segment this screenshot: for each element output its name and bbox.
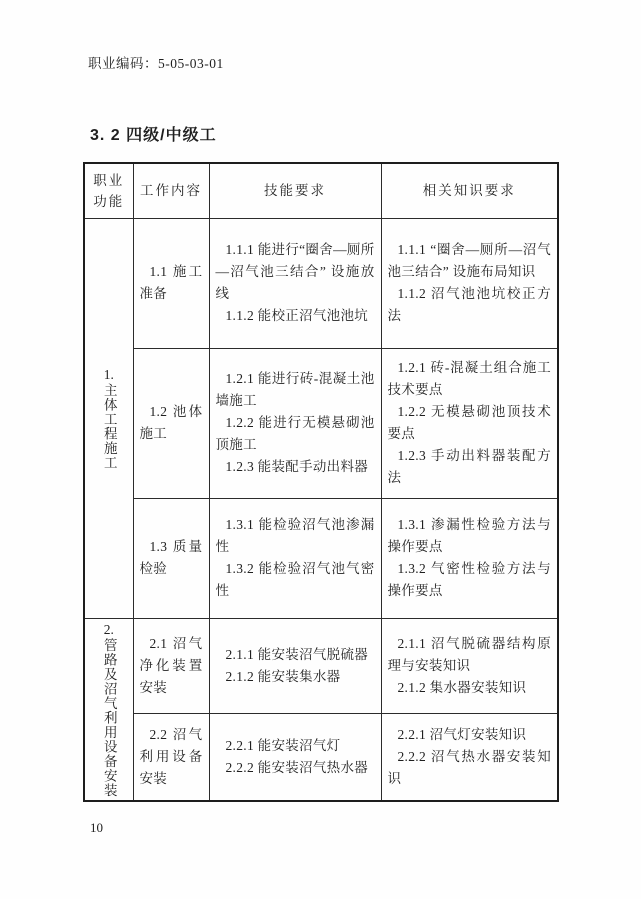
knowledge-item: 1.3.1 渗漏性检验方法与操作要点 [388,514,552,558]
skills-cell: 1.3.1 能检验沼气池渗漏性 1.3.2 能检验沼气池气密性 [209,498,381,618]
work-content: 1.1 施工准备 [140,261,203,305]
col-header-skill: 技能要求 [209,163,381,218]
skills-cell: 1.2.1 能进行砖-混凝土池墙施工 1.2.2 能进行无模悬砌池顶施工 1.2… [209,348,381,498]
skills-cell: 1.1.1 能进行“圈舍—厕所—沼气池三结合” 设施放线 1.1.2 能校正沼气… [209,218,381,348]
work-content: 1.2 池体施工 [140,401,203,445]
table-row: 1.2 池体施工 1.2.1 能进行砖-混凝土池墙施工 1.2.2 能进行无模悬… [84,348,558,498]
knowledge-item: 2.1.2 集水器安装知识 [388,677,552,699]
knowledge-cell: 2.1.1 沼气脱硫器结构原理与安装知识 2.1.2 集水器安装知识 [381,618,558,713]
knowledge-item: 2.2.2 沼气热水器安装知识 [388,746,552,790]
function-number: 2. [104,622,114,637]
table-row: 2. 管路及沼气利用设备安装 2.1 沼气净化装置安装 2.1.1 能安装沼气脱… [84,618,558,713]
table-row: 1. 主体工程施工 1.1 施工准备 1.1.1 能进行“圈舍—厕所—沼气池三结… [84,218,558,348]
work-content: 2.1 沼气净化装置安装 [140,633,203,699]
work-content: 1.3 质量检验 [140,536,203,580]
skill-item: 1.3.1 能检验沼气池渗漏性 [216,514,375,558]
skill-item: 1.2.1 能进行砖-混凝土池墙施工 [216,368,375,412]
skill-item: 2.1.1 能安装沼气脱硫器 [216,644,375,666]
skill-item: 1.3.2 能检验沼气池气密性 [216,558,375,602]
skill-item: 1.1.2 能校正沼气池池坑 [216,305,375,327]
section-title: 3. 2 四级/中级工 [90,122,217,145]
knowledge-item: 1.2.2 无模悬砌池顶技术要点 [388,401,552,445]
work-content-cell: 1.3 质量检验 [133,498,209,618]
page-number: 10 [90,820,103,836]
skill-item: 2.2.1 能安装沼气灯 [216,735,375,757]
knowledge-item: 2.2.1 沼气灯安装知识 [388,724,552,746]
function-text: 1. 主体工程施工 [87,367,131,470]
table-row: 1.3 质量检验 1.3.1 能检验沼气池渗漏性 1.3.2 能检验沼气池气密性… [84,498,558,618]
knowledge-cell: 1.2.1 砖-混凝土组合施工技术要点 1.2.2 无模悬砌池顶技术要点 1.2… [381,348,558,498]
table-row: 2.2 沼气利用设备安装 2.2.1 能安装沼气灯 2.2.2 能安装沼气热水器… [84,713,558,801]
table-header-row: 职业功能 工作内容 技能要求 相关知识要求 [84,163,558,218]
knowledge-cell: 2.2.1 沼气灯安装知识 2.2.2 沼气热水器安装知识 [381,713,558,801]
skills-cell: 2.2.1 能安装沼气灯 2.2.2 能安装沼气热水器 [209,713,381,801]
col-header-knowledge: 相关知识要求 [381,163,558,218]
work-content-cell: 1.1 施工准备 [133,218,209,348]
work-content: 2.2 沼气利用设备安装 [140,724,203,790]
work-content-cell: 1.2 池体施工 [133,348,209,498]
knowledge-item: 1.1.1 “圈舍—厕所—沼气池三结合” 设施布局知识 [388,239,552,283]
function-cell-2: 2. 管路及沼气利用设备安装 [84,618,133,801]
knowledge-cell: 1.1.1 “圈舍—厕所—沼气池三结合” 设施布局知识 1.1.2 沼气池池坑校… [381,218,558,348]
knowledge-item: 1.1.2 沼气池池坑校正方法 [388,283,552,327]
knowledge-item: 1.2.3 手动出料器装配方法 [388,445,552,489]
knowledge-item: 1.2.1 砖-混凝土组合施工技术要点 [388,357,552,401]
skills-table: 职业功能 工作内容 技能要求 相关知识要求 1. 主体工程施工 1.1 施工准备 [83,162,559,802]
function-label: 管路及沼气利用设备安装 [99,638,119,798]
col-header-content: 工作内容 [133,163,209,218]
function-cell-1: 1. 主体工程施工 [84,218,133,618]
skill-item: 1.2.2 能进行无模悬砌池顶施工 [216,412,375,456]
knowledge-item: 2.1.1 沼气脱硫器结构原理与安装知识 [388,633,552,677]
function-text: 2. 管路及沼气利用设备安装 [87,622,131,798]
document-page: 职业编码：5-05-03-01 3. 2 四级/中级工 职业功能 工作内容 技能… [0,0,641,899]
knowledge-cell: 1.3.1 渗漏性检验方法与操作要点 1.3.2 气密性检验方法与操作要点 [381,498,558,618]
function-number: 1. [104,367,114,382]
occupation-code: 职业编码：5-05-03-01 [88,52,224,72]
skill-item: 1.2.3 能装配手动出料器 [216,456,375,478]
col-header-function: 职业功能 [84,163,133,218]
skill-item: 2.2.2 能安装沼气热水器 [216,757,375,779]
skill-item: 2.1.2 能安装集水器 [216,666,375,688]
function-label: 主体工程施工 [99,383,119,470]
skill-item: 1.1.1 能进行“圈舍—厕所—沼气池三结合” 设施放线 [216,239,375,305]
work-content-cell: 2.2 沼气利用设备安装 [133,713,209,801]
skills-cell: 2.1.1 能安装沼气脱硫器 2.1.2 能安装集水器 [209,618,381,713]
work-content-cell: 2.1 沼气净化装置安装 [133,618,209,713]
knowledge-item: 1.3.2 气密性检验方法与操作要点 [388,558,552,602]
